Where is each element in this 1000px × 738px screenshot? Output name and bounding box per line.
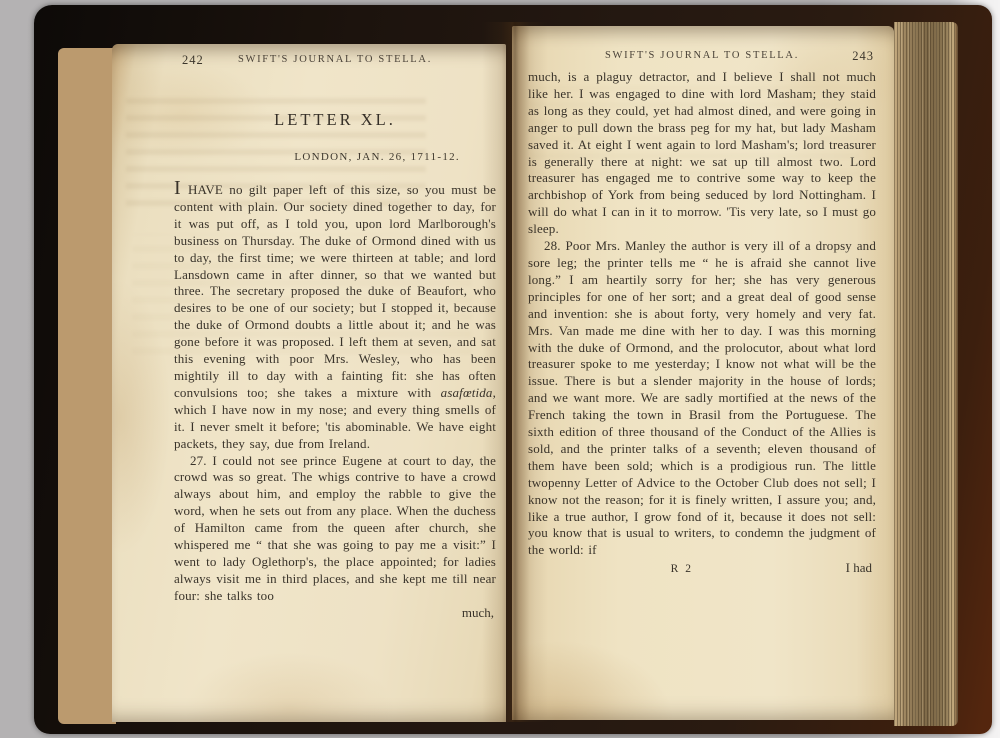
paragraph: I HAVE no gilt paper left of this size, …	[174, 178, 496, 453]
paragraph: 27. I could not see prince Eugene at cou…	[174, 453, 496, 605]
dateline: LONDON, JAN. 26, 1711-12.	[174, 151, 496, 163]
left-page-body: I HAVE no gilt paper left of this size, …	[174, 178, 496, 605]
direction-line: R 2 I had	[528, 560, 876, 577]
book-photograph: 242 SWIFT'S JOURNAL TO STELLA. LETTER XL…	[0, 0, 1000, 738]
paragraph: 28. Poor Mrs. Manley the author is very …	[528, 238, 876, 559]
catchword: much,	[174, 605, 496, 622]
running-title: SWIFT'S JOURNAL TO STELLA. 243	[528, 50, 876, 64]
paragraph: much, is a plaguy detractor, and I belie…	[528, 69, 876, 238]
left-page: 242 SWIFT'S JOURNAL TO STELLA. LETTER XL…	[112, 44, 506, 722]
running-title-text: SWIFT'S JOURNAL TO STELLA.	[238, 54, 432, 65]
letter-heading: LETTER XL.	[174, 110, 496, 130]
running-title-text: SWIFT'S JOURNAL TO STELLA.	[605, 50, 799, 61]
page-number: 242	[182, 53, 204, 68]
running-title: 242 SWIFT'S JOURNAL TO STELLA.	[174, 54, 496, 68]
right-page: SWIFT'S JOURNAL TO STELLA. 243 much, is …	[512, 26, 894, 720]
right-page-body: much, is a plaguy detractor, and I belie…	[528, 69, 876, 559]
page-number: 243	[852, 49, 874, 64]
signature-mark: R 2	[671, 561, 693, 577]
catchword: I had	[846, 560, 872, 576]
